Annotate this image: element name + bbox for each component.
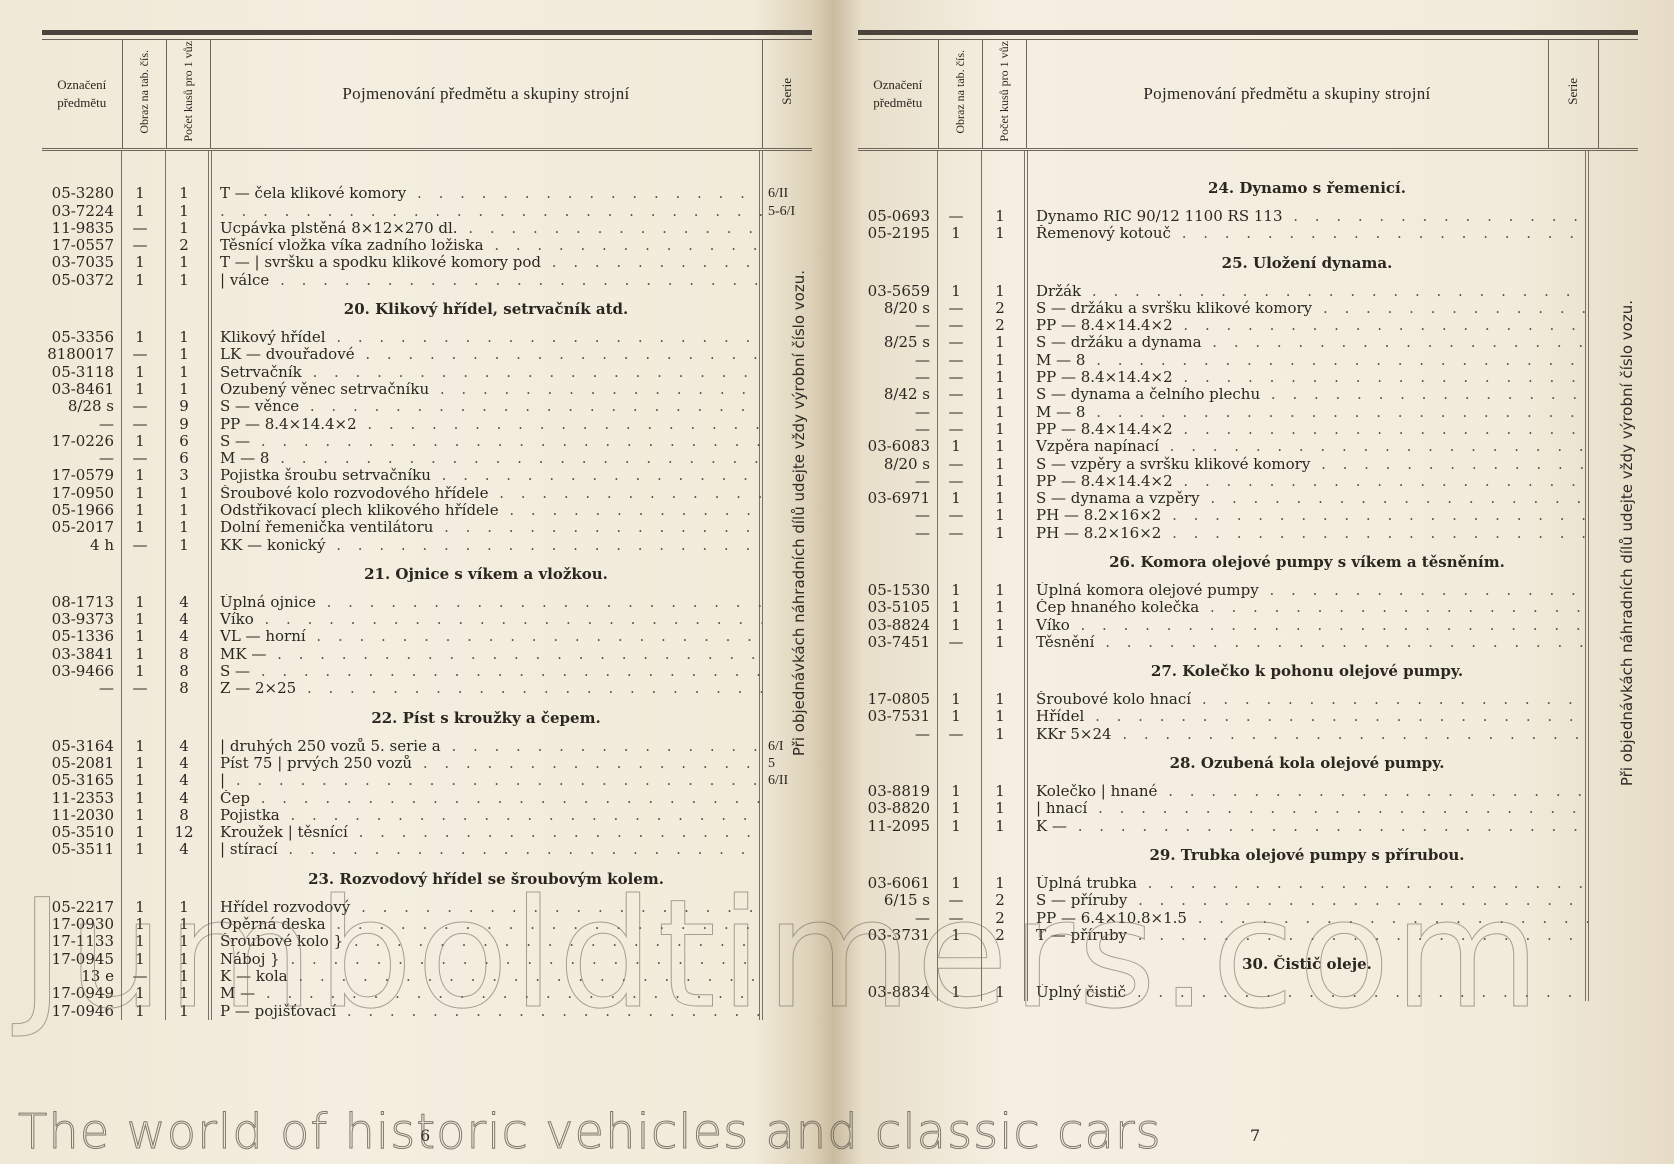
part-code: —: [858, 473, 938, 490]
image-ref: 1: [938, 582, 982, 599]
quantity: 1: [982, 473, 1026, 490]
header-code: Označení předmětu: [42, 40, 122, 150]
part-description: Šroubové kolo hnací: [1026, 691, 1588, 708]
table-row: 11-235314Čep: [42, 790, 812, 807]
quantity: 4: [166, 594, 210, 611]
quantity: 1: [166, 185, 210, 202]
quantity: 1: [166, 485, 210, 502]
quantity: 2: [982, 300, 1026, 317]
image-ref: 1: [122, 772, 166, 789]
part-description: Z — 2×25: [210, 680, 762, 697]
part-description: S —: [210, 433, 762, 450]
section-heading: 21. Ojnice s víkem a vložkou.: [42, 554, 812, 594]
part-description: S — vzpěry a svršku klikové komory: [1026, 456, 1588, 473]
part-code: —: [858, 369, 938, 386]
part-code: 4 h: [42, 537, 122, 554]
quantity: 1: [982, 708, 1026, 725]
image-ref: 1: [122, 663, 166, 680]
quantity: 1: [166, 346, 210, 363]
quantity: 3: [166, 467, 210, 484]
part-description: PP — 8.4×14.4×2: [1026, 421, 1588, 438]
part-description: Víko: [1026, 617, 1588, 634]
table-row: 11-203018Pojistka: [42, 807, 812, 824]
quantity: 1: [166, 220, 210, 237]
header-name: Pojmenování předmětu a skupiny strojní: [210, 40, 762, 150]
table-row: 17-057913Pojistka šroubu setrvačníku: [42, 467, 812, 484]
section-heading: 27. Kolečko k pohonu olejové pumpy.: [858, 651, 1638, 691]
table-row: 03-882411Víko: [858, 617, 1638, 634]
table-row: ——1PP — 8.4×14.4×2: [858, 473, 1638, 490]
part-code: 03-6083: [858, 438, 938, 455]
table-row: ——1PP — 8.4×14.4×2: [858, 369, 1638, 386]
table-row: 05-208114Píst 75 | prvých 250 vozů5: [42, 755, 812, 772]
part-description: M — 8: [210, 450, 762, 467]
part-code: 05-1336: [42, 628, 122, 645]
part-code: 17-0805: [858, 691, 938, 708]
spacer: [858, 151, 1638, 168]
quantity: 1: [982, 490, 1026, 507]
table-row: 05-0693—1Dynamo RIC 90/12 1100 RS 113: [858, 208, 1638, 225]
table-row: 03-565911Držák: [858, 283, 1638, 300]
part-description: Držák: [1026, 283, 1588, 300]
header-ghost: [1598, 40, 1638, 150]
section-heading: 28. Ozubená kola olejové pumpy.: [858, 743, 1638, 783]
table-row: 03-946618S —: [42, 663, 812, 680]
table-row: 8/20 s—2S — držáku a svršku klikové komo…: [858, 300, 1638, 317]
part-code: 8/25 s: [858, 334, 938, 351]
section-heading: 26. Komora olejové pumpy s víkem a těsně…: [858, 542, 1638, 582]
image-ref: —: [938, 421, 982, 438]
part-description: K —: [1026, 818, 1588, 835]
part-description: S — držáku a dynama: [1026, 334, 1588, 351]
image-ref: —: [122, 398, 166, 415]
quantity: 8: [166, 807, 210, 824]
part-description: | stírací: [210, 841, 762, 858]
table-row: 03-7224115-6/I: [42, 203, 812, 220]
image-ref: —: [938, 208, 982, 225]
part-code: 8/28 s: [42, 398, 122, 415]
part-code: 17-0557: [42, 237, 122, 254]
part-description: KK — konický: [210, 537, 762, 554]
part-description: PH — 8.2×16×2: [1026, 525, 1588, 542]
image-ref: —: [122, 346, 166, 363]
quantity: 1: [166, 364, 210, 381]
part-code: 17-0579: [42, 467, 122, 484]
section-heading: 20. Klikový hřídel, setrvačník atd.: [42, 289, 812, 329]
table-row: ——1M — 8: [858, 352, 1638, 369]
part-description: Dynamo RIC 90/12 1100 RS 113: [1026, 208, 1588, 225]
part-description: Těsnící vložka víka zadního ložiska: [210, 237, 762, 254]
series: [762, 790, 812, 807]
quantity: 8: [166, 663, 210, 680]
part-description: KKr 5×24: [1026, 726, 1588, 743]
image-ref: 1: [122, 790, 166, 807]
image-ref: 1: [122, 594, 166, 611]
image-ref: —: [938, 634, 982, 651]
table-row: 05-037211 | válce: [42, 272, 812, 289]
quantity: 9: [166, 416, 210, 433]
image-ref: 1: [122, 628, 166, 645]
image-ref: 1: [938, 225, 982, 242]
part-code: —: [858, 507, 938, 524]
part-description: M — 8: [1026, 404, 1588, 421]
quantity: 1: [982, 225, 1026, 242]
image-ref: 1: [122, 381, 166, 398]
part-description: Úplná ojnice: [210, 594, 762, 611]
part-description: PH — 8.2×16×2: [1026, 507, 1588, 524]
table-row: 8/42 s—1S — dynama a čelního plechu: [858, 386, 1638, 403]
series: 6/II: [762, 185, 812, 202]
part-code: 03-7451: [858, 634, 938, 651]
table-row: 17-0557—2Těsnící vložka víka zadního lož…: [42, 237, 812, 254]
part-description: Těsnění: [1026, 634, 1588, 651]
image-ref: 1: [122, 272, 166, 289]
part-code: 05-3511: [42, 841, 122, 858]
table-row: 17-095011Šroubové kolo rozvodového hříde…: [42, 485, 812, 502]
header-count: Počet kusů pro 1 vůz: [982, 40, 1026, 150]
part-description: |: [210, 772, 762, 789]
image-ref: —: [122, 537, 166, 554]
part-code: 11-2030: [42, 807, 122, 824]
image-ref: 1: [938, 783, 982, 800]
section-heading: 22. Píst s kroužky a čepem.: [42, 698, 812, 738]
part-code: 03-6971: [858, 490, 938, 507]
part-code: 17-0226: [42, 433, 122, 450]
part-code: —: [858, 421, 938, 438]
page-number-right: 7: [1250, 1126, 1260, 1145]
part-code: 03-9466: [42, 663, 122, 680]
series: 5: [762, 755, 812, 772]
image-ref: 1: [938, 708, 982, 725]
part-description: Víko: [210, 611, 762, 628]
series: [1588, 283, 1638, 300]
quantity: 1: [982, 726, 1026, 743]
quantity: 1: [982, 404, 1026, 421]
image-ref: —: [938, 300, 982, 317]
table-row: 17-080511Šroubové kolo hnací: [858, 691, 1638, 708]
part-description: S —: [210, 663, 762, 680]
quantity: 1: [166, 537, 210, 554]
table-row: 03-753111Hřídel: [858, 708, 1638, 725]
quantity: 6: [166, 433, 210, 450]
header-code: Označení předmětu: [858, 40, 938, 150]
watermark-site: Jumboldtimers.com: [20, 868, 1544, 1042]
quantity: 1: [982, 599, 1026, 616]
part-description: PP — 8.4×14.4×2: [210, 416, 762, 433]
quantity: 4: [166, 772, 210, 789]
part-description: S — dynama a čelního plechu: [1026, 386, 1588, 403]
part-code: —: [42, 680, 122, 697]
table-row: 8/25 s—1S — držáku a dynama: [858, 334, 1638, 351]
part-code: 05-3118: [42, 364, 122, 381]
part-code: 03-8824: [858, 617, 938, 634]
image-ref: —: [938, 473, 982, 490]
part-code: 03-8461: [42, 381, 122, 398]
header-image: Obraz na tab. čís.: [122, 40, 166, 150]
table-row: ——1PH — 8.2×16×2: [858, 507, 1638, 524]
table-row: 03-846111Ozubený věnec setrvačníku: [42, 381, 812, 398]
part-description: | válce: [210, 272, 762, 289]
part-description: Dolní řemenička ventilátoru: [210, 519, 762, 536]
quantity: 9: [166, 398, 210, 415]
image-ref: 1: [122, 807, 166, 824]
table-row: 4 h—1KK — konický: [42, 537, 812, 554]
table-row: 8/20 s—1S — vzpěry a svršku klikové komo…: [858, 456, 1638, 473]
quantity: 1: [166, 502, 210, 519]
part-code: 8/20 s: [858, 456, 938, 473]
series: [1588, 927, 1638, 944]
image-ref: 1: [122, 502, 166, 519]
part-description: PP — 8.4×14.4×2: [1026, 473, 1588, 490]
image-ref: —: [938, 525, 982, 542]
image-ref: —: [938, 404, 982, 421]
table-row: 8/28 s—9S — věnce: [42, 398, 812, 415]
part-description: Vzpěra napínací: [1026, 438, 1588, 455]
part-code: 17-0950: [42, 485, 122, 502]
image-ref: —: [122, 220, 166, 237]
part-code: 11-2095: [858, 818, 938, 835]
part-description: [210, 203, 762, 220]
table-row: 08-171314Úplná ojnice: [42, 594, 812, 611]
part-description: Klikový hřídel: [210, 329, 762, 346]
part-code: 05-3164: [42, 738, 122, 755]
image-ref: 1: [938, 599, 982, 616]
quantity: 4: [166, 841, 210, 858]
part-code: —: [858, 404, 938, 421]
part-code: 05-3356: [42, 329, 122, 346]
header-series: Serie: [762, 40, 812, 150]
part-code: 03-7035: [42, 254, 122, 271]
series: [1588, 225, 1638, 242]
series: [1588, 910, 1638, 927]
quantity: 1: [166, 272, 210, 289]
image-ref: 1: [122, 611, 166, 628]
quantity: 1: [982, 582, 1026, 599]
part-description: Šroubové kolo rozvodového hřídele: [210, 485, 762, 502]
section-heading: 24. Dynamo s řemenicí.: [858, 168, 1638, 208]
part-code: 8/42 s: [858, 386, 938, 403]
image-ref: 1: [938, 490, 982, 507]
part-description: Čep: [210, 790, 762, 807]
series: [1588, 208, 1638, 225]
part-description: Čep hnaného kolečka: [1026, 599, 1588, 616]
image-ref: —: [122, 680, 166, 697]
table-row: 03-7451—1Těsnění: [858, 634, 1638, 651]
part-code: 05-0372: [42, 272, 122, 289]
part-description: Píst 75 | prvých 250 vozů: [210, 755, 762, 772]
part-description: Ucpávka plstěná 8×12×270 dl.: [210, 220, 762, 237]
part-code: —: [42, 450, 122, 467]
table-row: 03-882011 | hnací: [858, 800, 1638, 817]
part-description: T — čela klikové komory: [210, 185, 762, 202]
quantity: 1: [982, 352, 1026, 369]
quantity: 1: [982, 369, 1026, 386]
part-code: 05-3165: [42, 772, 122, 789]
part-code: 05-3280: [42, 185, 122, 202]
table-row: 05-311811Setrvačník: [42, 364, 812, 381]
image-ref: 1: [122, 738, 166, 755]
quantity: 4: [166, 755, 210, 772]
part-description: Kolečko | hnané: [1026, 783, 1588, 800]
series: [1588, 875, 1638, 892]
part-code: —: [42, 416, 122, 433]
series: 5-6/I: [762, 203, 812, 220]
part-description: VL — horní: [210, 628, 762, 645]
part-code: 03-8819: [858, 783, 938, 800]
table-row: ——1M — 8: [858, 404, 1638, 421]
image-ref: 1: [938, 438, 982, 455]
part-description: PP — 8.4×14.4×2: [1026, 369, 1588, 386]
image-ref: —: [938, 386, 982, 403]
table-row: 03-703511T — | svršku a spodku klikové k…: [42, 254, 812, 271]
quantity: 1: [166, 519, 210, 536]
side-note-right: Při objednávkách náhradních dílů udejte …: [1618, 300, 1636, 786]
quantity: 1: [982, 438, 1026, 455]
series: [762, 807, 812, 824]
part-code: 05-1530: [858, 582, 938, 599]
quantity: 4: [166, 611, 210, 628]
part-code: 05-2195: [858, 225, 938, 242]
part-code: 8/20 s: [858, 300, 938, 317]
header-count: Počet kusů pro 1 vůz: [166, 40, 210, 150]
table-row: 05-196611Odstřikovací plech klikového hř…: [42, 502, 812, 519]
part-description: S — držáku a svršku klikové komory: [1026, 300, 1588, 317]
spacer: [42, 151, 812, 168]
quantity: 1: [982, 783, 1026, 800]
table-header: Označení předmětu Obraz na tab. čís. Poč…: [858, 40, 1638, 150]
part-description: Pojistka: [210, 807, 762, 824]
image-ref: —: [938, 726, 982, 743]
part-code: 05-2081: [42, 755, 122, 772]
part-code: 03-5105: [858, 599, 938, 616]
table-row: 05-316414 | druhých 250 vozů 5. serie a6…: [42, 738, 812, 755]
part-description: Úplná komora olejové pumpy: [1026, 582, 1588, 599]
table-row: 03-510511Čep hnaného kolečka: [858, 599, 1638, 616]
table-row: 03-881911Kolečko | hnané: [858, 783, 1638, 800]
image-ref: 1: [122, 364, 166, 381]
table-row: 05-133614VL — horní: [42, 628, 812, 645]
series: [1588, 818, 1638, 835]
quantity: 1: [982, 334, 1026, 351]
table-row: ——9PP — 8.4×14.4×2: [42, 416, 812, 433]
image-ref: 1: [122, 824, 166, 841]
image-ref: 1: [122, 646, 166, 663]
part-code: 11-9835: [42, 220, 122, 237]
table-row: 11-9835—1Ucpávka plstěná 8×12×270 dl.: [42, 220, 812, 237]
part-description: | hnací: [1026, 800, 1588, 817]
image-ref: 1: [122, 254, 166, 271]
part-code: 05-2017: [42, 519, 122, 536]
part-code: 05-1966: [42, 502, 122, 519]
part-description: T — | svršku a spodku klikové komory pod: [210, 254, 762, 271]
image-ref: —: [122, 416, 166, 433]
quantity: 1: [982, 617, 1026, 634]
part-code: —: [858, 525, 938, 542]
table-row: 03-937314Víko: [42, 611, 812, 628]
part-description: S — věnce: [210, 398, 762, 415]
image-ref: 1: [938, 283, 982, 300]
table-row: ——8Z — 2×25: [42, 680, 812, 697]
part-description: Ozubený věnec setrvačníku: [210, 381, 762, 398]
table-row: ——2PP — 8.4×14.4×2: [858, 317, 1638, 334]
part-description: Hřídel: [1026, 708, 1588, 725]
part-code: 03-8820: [858, 800, 938, 817]
quantity: 4: [166, 628, 210, 645]
part-description: | druhých 250 vozů 5. serie a: [210, 738, 762, 755]
image-ref: —: [122, 450, 166, 467]
part-description: Setrvačník: [210, 364, 762, 381]
quantity: 1: [166, 381, 210, 398]
quantity: 2: [982, 317, 1026, 334]
part-code: 03-3841: [42, 646, 122, 663]
header-name: Pojmenování předmětu a skupiny strojní: [1026, 40, 1548, 150]
table-row: ——1PH — 8.2×16×2: [858, 525, 1638, 542]
quantity: 8: [166, 680, 210, 697]
image-ref: 1: [122, 185, 166, 202]
part-code: 03-5659: [858, 283, 938, 300]
quantity: 8: [166, 646, 210, 663]
series: [1588, 984, 1638, 1001]
image-ref: —: [938, 352, 982, 369]
quantity: 1: [982, 818, 1026, 835]
table-row: ——1KKr 5×24: [858, 726, 1638, 743]
part-code: 05-0693: [858, 208, 938, 225]
part-description: MK —: [210, 646, 762, 663]
quantity: 1: [982, 525, 1026, 542]
table-row: 03-384118MK —: [42, 646, 812, 663]
series: [762, 841, 812, 858]
series: [1588, 892, 1638, 909]
quantity: 12: [166, 824, 210, 841]
spacer: [42, 168, 812, 185]
top-rule: [858, 30, 1638, 35]
image-ref: 1: [122, 519, 166, 536]
book-spread: Označení předmětu Obraz na tab. čís. Poč…: [0, 0, 1674, 1164]
top-rule: [42, 30, 812, 35]
image-ref: 1: [938, 617, 982, 634]
quantity: 2: [166, 237, 210, 254]
part-code: 05-3510: [42, 824, 122, 841]
table-row: 05-3510112Kroužek | těsnící: [42, 824, 812, 841]
image-ref: —: [122, 237, 166, 254]
image-ref: 1: [938, 691, 982, 708]
quantity: 1: [982, 386, 1026, 403]
table-row: 03-608311Vzpěra napínací: [858, 438, 1638, 455]
image-ref: 1: [122, 755, 166, 772]
image-ref: —: [938, 507, 982, 524]
section-heading: 25. Uložení dynama.: [858, 243, 1638, 283]
table-row: 05-316514 |6/II: [42, 772, 812, 789]
quantity: 1: [982, 208, 1026, 225]
image-ref: 1: [122, 203, 166, 220]
quantity: 1: [982, 283, 1026, 300]
header-series: Serie: [1548, 40, 1598, 150]
part-code: 03-7224: [42, 203, 122, 220]
part-description: S — dynama a vzpěry: [1026, 490, 1588, 507]
header-image: Obraz na tab. čís.: [938, 40, 982, 150]
image-ref: —: [938, 334, 982, 351]
part-description: M — 8: [1026, 352, 1588, 369]
parts-table-right: Označení předmětu Obraz na tab. čís. Poč…: [858, 39, 1638, 1001]
quantity: 4: [166, 790, 210, 807]
part-code: —: [858, 726, 938, 743]
image-ref: 1: [122, 485, 166, 502]
table-header: Označení předmětu Obraz na tab. čís. Poč…: [42, 40, 812, 150]
image-ref: 1: [938, 800, 982, 817]
quantity: 1: [166, 254, 210, 271]
quantity: 4: [166, 738, 210, 755]
quantity: 1: [982, 800, 1026, 817]
